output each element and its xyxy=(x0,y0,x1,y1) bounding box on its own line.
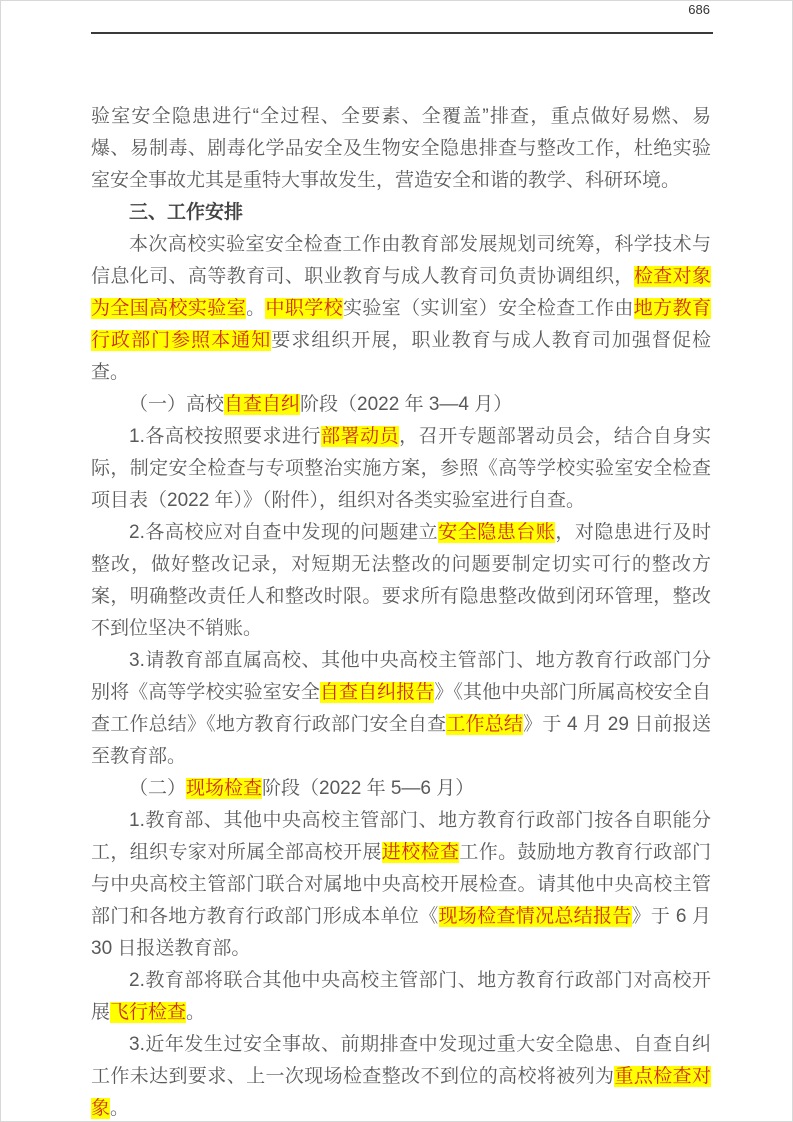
text-run: 1.各高校按照要求进行 xyxy=(129,426,321,447)
text-run: 本次高校实验室安全检查工作由教育部发展规划司统筹，科学技术与信息化司、高等教育司… xyxy=(91,234,711,287)
text-run: 验室安全隐患进行“全过程、全要素、全覆盖”排查，重点做好易燃、易爆、易制毒、剧毒… xyxy=(91,106,711,191)
paragraph: （二）现场检查阶段（2022 年 5—6 月） xyxy=(91,773,711,805)
paragraph: 1.教育部、其他中央高校主管部门、地方教育行政部门按各自职能分工，组织专家对所属… xyxy=(91,805,711,965)
document-body: 验室安全隐患进行“全过程、全要素、全覆盖”排查，重点做好易燃、易爆、易制毒、剧毒… xyxy=(91,101,711,1122)
text-run: 。 xyxy=(246,298,265,319)
text-run: 。 xyxy=(186,1002,205,1023)
highlighted-text: 现场检查情况总结报告 xyxy=(439,906,632,927)
highlighted-text: 中职学校 xyxy=(265,298,343,319)
highlighted-text: 工作总结 xyxy=(446,714,523,735)
page-number: 686 xyxy=(688,2,710,18)
highlighted-text: 部署动员 xyxy=(321,426,399,447)
highlighted-text: 飞行检查 xyxy=(110,1002,186,1023)
text-run: （二） xyxy=(129,778,186,799)
text-run: 阶段（2022 年 3—4 月） xyxy=(300,394,512,415)
paragraph: 1.各高校按照要求进行部署动员，召开专题部署动员会，结合自身实际，制定安全检查与… xyxy=(91,421,711,517)
paragraph: （一）高校自查自纠阶段（2022 年 3—4 月） xyxy=(91,389,711,421)
highlighted-text: 现场检查 xyxy=(186,778,262,799)
text-run: 三、工作安排 xyxy=(129,202,243,223)
highlighted-text: 进校检查 xyxy=(382,842,460,863)
document-page: 686 验室安全隐患进行“全过程、全要素、全覆盖”排查，重点做好易燃、易爆、易制… xyxy=(0,0,793,1122)
text-run: 2.各高校应对自查中发现的问题建立 xyxy=(129,522,438,543)
highlighted-text: 安全隐患台账 xyxy=(438,522,555,543)
text-run: 实验室（实训室）安全检查工作由 xyxy=(343,298,634,319)
paragraph: 本次高校实验室安全检查工作由教育部发展规划司统筹，科学技术与信息化司、高等教育司… xyxy=(91,229,711,389)
section-heading: 三、工作安排 xyxy=(91,197,711,229)
header-rule xyxy=(91,32,713,34)
text-run: 阶段（2022 年 5—6 月） xyxy=(262,778,474,799)
text-run: 。 xyxy=(110,1098,129,1119)
text-run: （一）高校 xyxy=(129,394,224,415)
highlighted-text: 自查自纠 xyxy=(224,394,300,415)
paragraph: 2.各高校应对自查中发现的问题建立安全隐患台账，对隐患进行及时整改，做好整改记录… xyxy=(91,517,711,645)
paragraph: 3.请教育部直属高校、其他中央高校主管部门、地方教育行政部门分别将《高等学校实验… xyxy=(91,645,711,773)
paragraph: 3.近年发生过安全事故、前期排查中发现过重大安全隐患、自查自纠工作未达到要求、上… xyxy=(91,1029,711,1122)
paragraph: 2.教育部将联合其他中央高校主管部门、地方教育行政部门对高校开展飞行检查。 xyxy=(91,965,711,1029)
paragraph: 验室安全隐患进行“全过程、全要素、全覆盖”排查，重点做好易燃、易爆、易制毒、剧毒… xyxy=(91,101,711,197)
highlighted-text: 自查自纠报告 xyxy=(320,682,434,703)
